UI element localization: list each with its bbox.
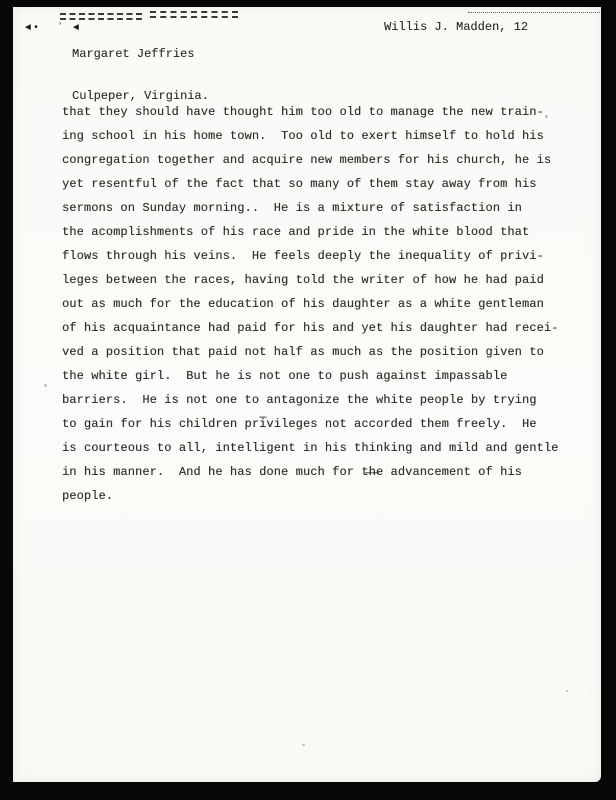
cut-off-text-fragment — [150, 8, 238, 14]
body-text-line: congregation together and acquire new me… — [62, 148, 582, 172]
cut-off-text-fragment — [60, 10, 142, 16]
ink-speck — [545, 115, 548, 118]
typewritten-body: that they should have thought him too ol… — [62, 100, 582, 508]
body-text-line: flows through his veins. He feels deeply… — [62, 244, 582, 268]
body-text-line: the acomplishments of his race and pride… — [62, 220, 582, 244]
body-text-line: to gain for his children pri̅vileges not… — [62, 412, 582, 436]
body-text-line: that they should have thought him too ol… — [62, 100, 582, 124]
body-text-line: people. — [62, 484, 582, 508]
body-text-line: is courteous to all, intelligent in his … — [62, 436, 582, 460]
scanned-document-screenshot: ◄• ʼ ◄ Margaret Jeffries Culpeper, Virgi… — [0, 0, 616, 800]
ink-speck — [566, 690, 568, 692]
body-text-line: ing school in his home town. Too old to … — [62, 124, 582, 148]
body-text-line: the white girl. But he is not one to pus… — [62, 364, 582, 388]
ink-speck — [302, 744, 305, 746]
body-text-line: sermons on Sunday morning.. He is a mixt… — [62, 196, 582, 220]
body-text-line: barriers. He is not one to antagonize th… — [62, 388, 582, 412]
cut-off-letter-bottoms — [150, 13, 238, 18]
cut-off-letter-bottoms — [468, 9, 600, 13]
body-text-line: of his acquaintance had paid for his and… — [62, 316, 582, 340]
body-text-line: out as much for the education of his dau… — [62, 292, 582, 316]
body-text-line: yet resentful of the fact that so many o… — [62, 172, 582, 196]
body-text-line: leges between the races, having told the… — [62, 268, 582, 292]
ink-speck — [44, 384, 47, 387]
manuscript-page: ◄• ʼ ◄ Margaret Jeffries Culpeper, Virgi… — [13, 7, 601, 782]
body-text-line: in his manner. And he has done much for … — [62, 460, 582, 484]
body-text-line: ved a position that paid not half as muc… — [62, 340, 582, 364]
cut-off-text-fragment — [468, 9, 600, 15]
author-name: Margaret Jeffries — [72, 47, 209, 61]
title-credit: Willis J. Madden, 12 — [384, 20, 528, 34]
